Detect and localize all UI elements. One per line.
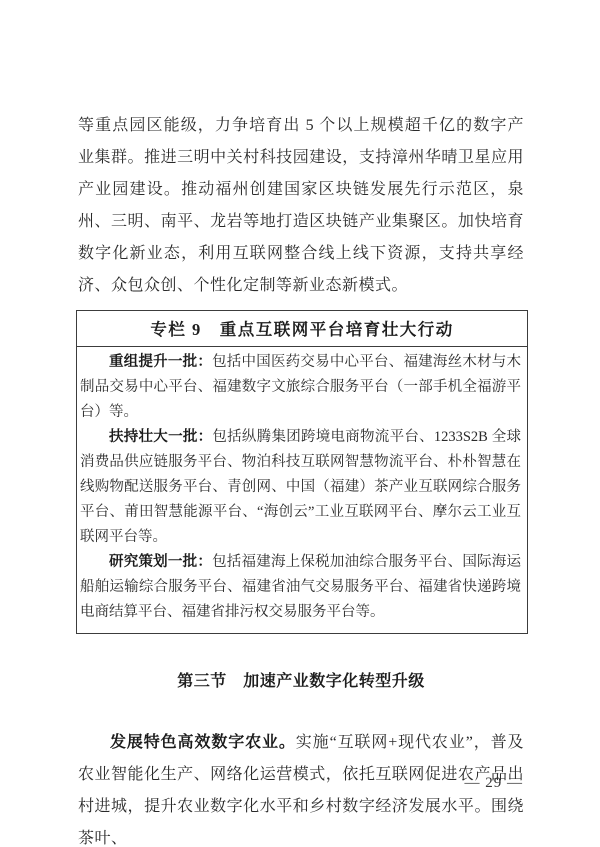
column-9-box: 专栏 9 重点互联网平台培育壮大行动 重组提升一批：包括中国医药交易中心平台、福… xyxy=(76,310,528,634)
document-page: 等重点园区能级，力争培育出 5 个以上规模超千亿的数字产业集群。推进三明中关村科… xyxy=(0,0,600,847)
box-item-support: 扶持壮大一批：包括纵腾集团跨境电商物流平台、1233S2B 全球消费品供应链服务… xyxy=(80,425,521,550)
bottom-paragraph: 发展特色高效数字农业。实施“互联网+现代农业”，普及农业智能化生产、网络化运营模… xyxy=(78,727,524,847)
column-9-box-body: 重组提升一批：包括中国医药交易中心平台、福建海丝木材与木制品交易中心平台、福建数… xyxy=(77,347,527,633)
box-item-restructure: 重组提升一批：包括中国医药交易中心平台、福建海丝木材与木制品交易中心平台、福建数… xyxy=(80,350,521,425)
top-paragraph: 等重点园区能级，力争培育出 5 个以上规模超千亿的数字产业集群。推进三明中关村科… xyxy=(78,110,524,302)
section-heading: 第三节 加速产业数字化转型升级 xyxy=(78,668,524,691)
box-item-research: 研究策划一批：包括福建海上保税加油综合服务平台、国际海运船舶运输综合服务平台、福… xyxy=(80,550,521,625)
column-9-box-title: 专栏 9 重点互联网平台培育壮大行动 xyxy=(77,311,527,347)
page-content: 等重点园区能级，力争培育出 5 个以上规模超千亿的数字产业集群。推进三明中关村科… xyxy=(78,110,524,847)
page-number: — 29 — xyxy=(465,775,524,792)
box-item-support-lead: 扶持壮大一批： xyxy=(109,429,212,445)
box-item-research-lead: 研究策划一批： xyxy=(109,554,212,570)
bottom-paragraph-lead: 发展特色高效数字农业。 xyxy=(110,734,296,751)
box-item-restructure-lead: 重组提升一批： xyxy=(109,354,212,370)
box-item-support-body: 包括纵腾集团跨境电商物流平台、1233S2B 全球消费品供应链服务平台、物泊科技… xyxy=(80,429,521,545)
